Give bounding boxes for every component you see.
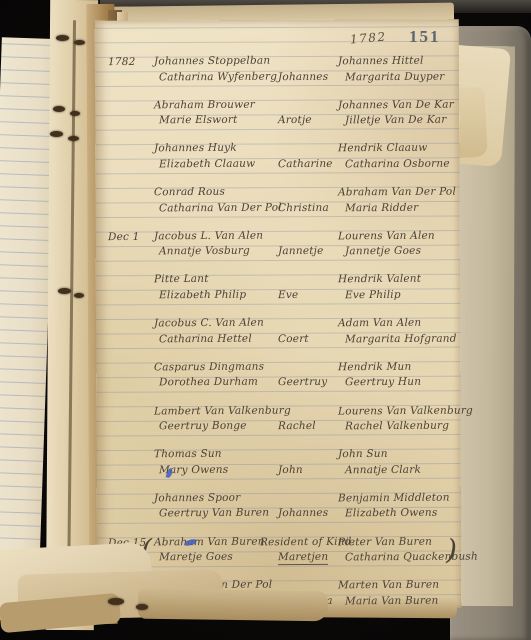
entry-witness-2: Catharina Osborne — [345, 158, 450, 171]
register-entry: Lambert Van Valkenburg Geertruy Bonge Ra… — [96, 405, 460, 449]
stitch-hole — [70, 111, 80, 116]
entry-child-name: Catharine — [278, 158, 333, 170]
entry-child-name: John — [278, 464, 303, 476]
register-entry: Johannes Huyk Elizabeth Claauw Catharine… — [96, 142, 460, 186]
entry-parent-2: Geertruy Bonge — [159, 420, 247, 433]
crumpled-page-bottom — [138, 589, 328, 622]
entry-witness-1: John Sun — [338, 448, 388, 460]
entry-parent-1: Johannes Spoor — [154, 492, 240, 505]
entry-witness-2: Maria Ridder — [345, 201, 418, 214]
photo-of-register-book: 1782 151 1782 Johannes Stoppelban Cathar… — [0, 0, 531, 640]
entry-witness-2: Margarita Hofgrand — [345, 332, 457, 345]
stitch-hole — [50, 131, 63, 137]
entry-witness-2: Maria Van Buren — [345, 594, 439, 607]
entry-parent-1: Lambert Van Valkenburg — [154, 404, 291, 417]
stitch-hole — [53, 106, 65, 112]
entry-child-name: Johannes — [278, 70, 328, 82]
entry-parent-1: Johannes Stoppelban — [154, 55, 270, 68]
register-entry: Jacobus C. Van Alen Catharina Hettel Coe… — [96, 317, 460, 361]
entry-parent-2: Catharina Hettel — [159, 332, 252, 345]
entry-child-name: Geertruy — [278, 376, 327, 388]
entry-witness-1: Hendrik Claauw — [338, 142, 427, 155]
register-entry: 1782 Johannes Stoppelban Catharina Wyfen… — [96, 55, 460, 99]
register-entry: Conrad Rous Catharina Van Der Pol Christ… — [96, 186, 460, 230]
entry-witness-1: Adam Van Alen — [338, 317, 421, 330]
entry-parent-1: Jacobus L. Van Alen — [154, 229, 263, 242]
entry-child-name: Eve — [278, 289, 299, 301]
printed-page-number: 151 — [409, 27, 441, 47]
entry-parent-1: Pitte Lant — [154, 273, 209, 285]
entry-witness-1: Lourens Van Alen — [338, 229, 435, 242]
entry-parent-2: Marie Elswort — [159, 114, 238, 127]
entry-parent-2: Annatje Vosburg — [159, 245, 250, 258]
stitch-hole — [58, 288, 71, 294]
entry-parent-1: Johannes Huyk — [154, 142, 237, 155]
entry-witness-1: Pieter Van Buren — [338, 535, 432, 548]
entry-witness-2: Elizabeth Owens — [345, 507, 437, 520]
entry-date: 1782 — [108, 56, 136, 68]
entry-witness-2: Annatje Clark — [345, 463, 421, 476]
entry-witness-1: Hendrik Mun — [338, 361, 412, 374]
entry-child-name: Jannetje — [278, 245, 324, 257]
entry-witness-1: Abraham Van Der Pol — [338, 186, 456, 199]
entry-witness-1: Hendrik Valent — [338, 273, 421, 286]
entry-paren-close: ) — [446, 533, 457, 566]
register-entry: Thomas Sun Mary Owens John John Sun Anna… — [96, 448, 460, 492]
entry-child-name: Rachel — [278, 420, 316, 432]
entry-witness-2: Jilletje Van De Kar — [345, 114, 446, 127]
entry-parent-1: Thomas Sun — [154, 448, 222, 460]
stitch-hole — [74, 40, 85, 45]
entry-parent-2: Elizabeth Claauw — [159, 158, 255, 171]
stitch-hole — [108, 598, 124, 605]
entry-child-name: Johannes — [278, 507, 328, 519]
stitch-hole — [136, 604, 148, 610]
register-entries: 1782 Johannes Stoppelban Catharina Wyfen… — [96, 55, 460, 623]
entry-witness-1: Johannes Hittel — [338, 55, 424, 68]
entry-date: Dec 1 — [108, 231, 140, 243]
entry-witness-1: Benjamin Middleton — [338, 491, 450, 504]
entry-witness-2: Catharina Quackenbush — [345, 551, 478, 564]
entry-child-name: Arotje — [278, 114, 312, 126]
entry-parent-2: Catharina Van Der Pol — [159, 201, 282, 214]
entry-witness-2: Geertruy Hun — [345, 376, 421, 389]
stitch-hole — [56, 35, 69, 41]
entry-parent-2: Maretje Goes — [159, 551, 233, 564]
register-entry: Casparus Dingmans Dorothea Durham Geertr… — [96, 361, 460, 405]
entry-witness-1: Johannes Van De Kar — [338, 98, 454, 111]
entry-parent-1: Jacobus C. Van Alen — [154, 317, 264, 330]
register-entry: Abraham Brouwer Marie Elswort Arotje Joh… — [96, 99, 460, 143]
entry-child-name: Coert — [278, 333, 309, 345]
entry-witness-2: Rachel Valkenburg — [345, 420, 449, 433]
stitch-hole — [74, 293, 84, 298]
entry-witness-1: Marten Van Buren — [338, 579, 439, 592]
entry-witness-2: Margarita Duyper — [345, 70, 445, 83]
entry-child-name: Christina — [278, 201, 329, 213]
register-entry: Dec 1 Jacobus L. Van Alen Annatje Vosbur… — [96, 230, 460, 274]
entry-parent-2: Catharina Wyfenberg — [159, 70, 277, 83]
stitch-hole — [68, 136, 79, 141]
entry-parent-1: Abraham Brouwer — [154, 98, 255, 111]
register-entry: Johannes Spoor Geertruy Van Buren Johann… — [96, 492, 460, 536]
entry-parent-1: Abraham Van Buren — [154, 535, 265, 548]
entry-parent-2: Elizabeth Philip — [159, 289, 246, 302]
entry-witness-2: Jannetje Goes — [345, 245, 421, 258]
entry-parent-2: Geertruy Van Buren — [159, 507, 269, 520]
entry-parent-1: Casparus Dingmans — [154, 360, 264, 373]
register-entry: Pitte Lant Elizabeth Philip Eve Hendrik … — [96, 273, 460, 317]
entry-witness-2: Eve Philip — [345, 289, 401, 301]
entry-parent-1: Conrad Rous — [154, 186, 225, 198]
entry-child-name: Maretjen — [278, 551, 328, 565]
entry-witness-1: Lourens Van Valkenburg — [338, 404, 473, 417]
entry-parent-2: Dorothea Durham — [159, 376, 258, 389]
